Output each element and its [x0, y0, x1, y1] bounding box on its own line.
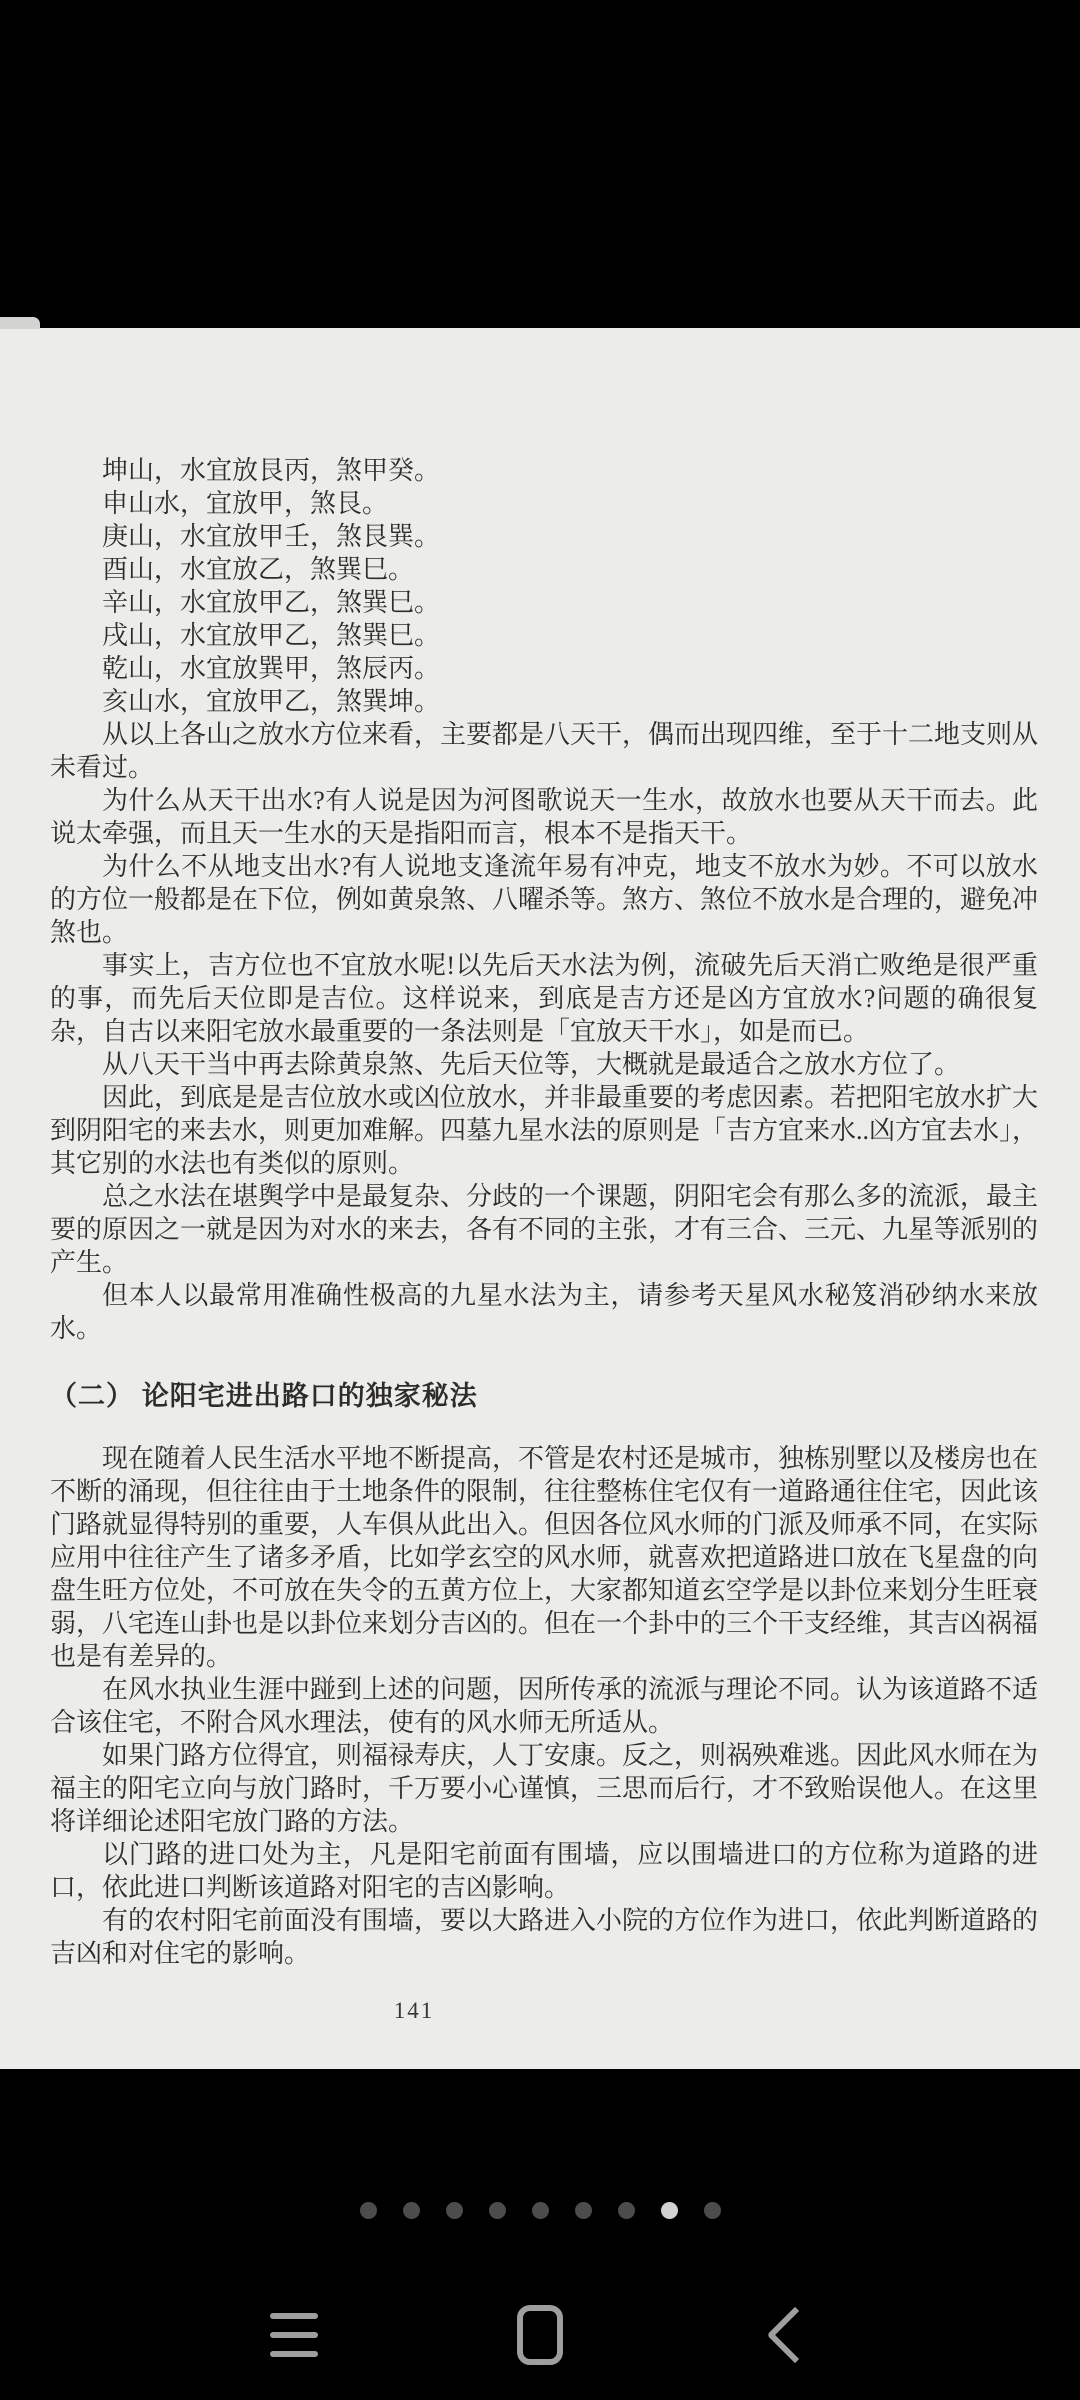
- paragraph: 以门路的进口处为主，凡是阳宅前面有围墙，应以围墙进口的方位称为道路的进口，依此进…: [50, 1838, 1038, 1904]
- back-button[interactable]: [730, 2295, 850, 2375]
- paragraph: 有的农村阳宅前面没有围墙，要以大路进入小院的方位作为进口，依此判断道路的吉凶和对…: [50, 1904, 1038, 1970]
- paragraph: 现在随着人民生活水平地不断提高，不管是农村还是城市，独栋别墅以及楼房也在不断的涌…: [50, 1442, 1038, 1673]
- section-heading: （二） 论阳宅进出路口的独家秘法: [50, 1380, 1038, 1413]
- pagination-dot[interactable]: [489, 2202, 506, 2219]
- pagination-dot[interactable]: [446, 2202, 463, 2219]
- pagination-dot[interactable]: [704, 2202, 721, 2219]
- paragraph: 因此，到底是是吉位放水或凶位放水，并非最重要的考虑因素。若把阳宅放水扩大到阴阳宅…: [50, 1081, 1038, 1180]
- android-navbar: [0, 2295, 1080, 2375]
- home-icon: [517, 2305, 563, 2365]
- paragraph: 在风水执业生涯中踫到上述的问题，因所传承的流派与理论不同。认为该道路不适合该住宅…: [50, 1673, 1038, 1739]
- pagination-dot[interactable]: [403, 2202, 420, 2219]
- paragraph: 总之水法在堪舆学中是最复杂、分歧的一个课题，阴阳宅会有那么多的流派，最主要的原因…: [50, 1180, 1038, 1279]
- paragraph: 为什么从天干出水?有人说是因为河图歌说天一生水，故放水也要从天干而去。此说太牵强…: [50, 784, 1038, 850]
- formula-line: 酉山，水宜放乙，煞巽巳。: [50, 553, 1038, 586]
- book-page: 坤山，水宜放艮丙，煞甲癸。 申山水，宜放甲，煞艮。 庚山，水宜放甲壬，煞艮巽。 …: [0, 328, 1080, 2069]
- paragraph: 如果门路方位得宜，则福禄寿庆，人丁安康。反之，则祸殃难逃。因此风水师在为福主的阳…: [50, 1739, 1038, 1838]
- formula-line: 坤山，水宜放艮丙，煞甲癸。: [50, 454, 1038, 487]
- page-content: 坤山，水宜放艮丙，煞甲癸。 申山水，宜放甲，煞艮。 庚山，水宜放甲壬，煞艮巽。 …: [0, 328, 1080, 2027]
- formula-line: 辛山，水宜放甲乙，煞巽巳。: [50, 586, 1038, 619]
- pagination-dot[interactable]: [661, 2202, 678, 2219]
- page-corner-notch: [0, 317, 40, 329]
- paragraph: 事实上，吉方位也不宜放水呢!以先后天水法为例，流破先后天消亡败绝是很严重的事，而…: [50, 949, 1038, 1048]
- menu-button[interactable]: [234, 2295, 354, 2375]
- page-number: 141: [0, 1994, 908, 2027]
- formula-line: 乾山，水宜放巽甲，煞辰丙。: [50, 652, 1038, 685]
- pagination-dot[interactable]: [575, 2202, 592, 2219]
- back-icon: [767, 2307, 824, 2364]
- paragraph: 为什么不从地支出水?有人说地支逢流年易有冲克，地支不放水为妙。不可以放水的方位一…: [50, 850, 1038, 949]
- formula-line: 庚山，水宜放甲壬，煞艮巽。: [50, 520, 1038, 553]
- formula-line: 戌山，水宜放甲乙，煞巽巳。: [50, 619, 1038, 652]
- menu-icon: [270, 2307, 318, 2364]
- pagination-dot[interactable]: [360, 2202, 377, 2219]
- formula-line: 亥山水，宜放甲乙，煞巽坤。: [50, 685, 1038, 718]
- pagination-dot[interactable]: [532, 2202, 549, 2219]
- phone-screen: 坤山，水宜放艮丙，煞甲癸。 申山水，宜放甲，煞艮。 庚山，水宜放甲壬，煞艮巽。 …: [0, 0, 1080, 2400]
- formula-line: 申山水，宜放甲，煞艮。: [50, 487, 1038, 520]
- pagination-dots: [0, 2201, 1080, 2219]
- paragraph: 但本人以最常用准确性极高的九星水法为主，请参考天星风水秘笈消砂纳水来放水。: [50, 1279, 1038, 1345]
- paragraph: 从以上各山之放水方位来看，主要都是八天干，偶而出现四维，至于十二地支则从未看过。: [50, 718, 1038, 784]
- home-button[interactable]: [480, 2295, 600, 2375]
- paragraph: 从八天干当中再去除黄泉煞、先后天位等，大概就是最适合之放水方位了。: [50, 1048, 1038, 1081]
- pagination-dot[interactable]: [618, 2202, 635, 2219]
